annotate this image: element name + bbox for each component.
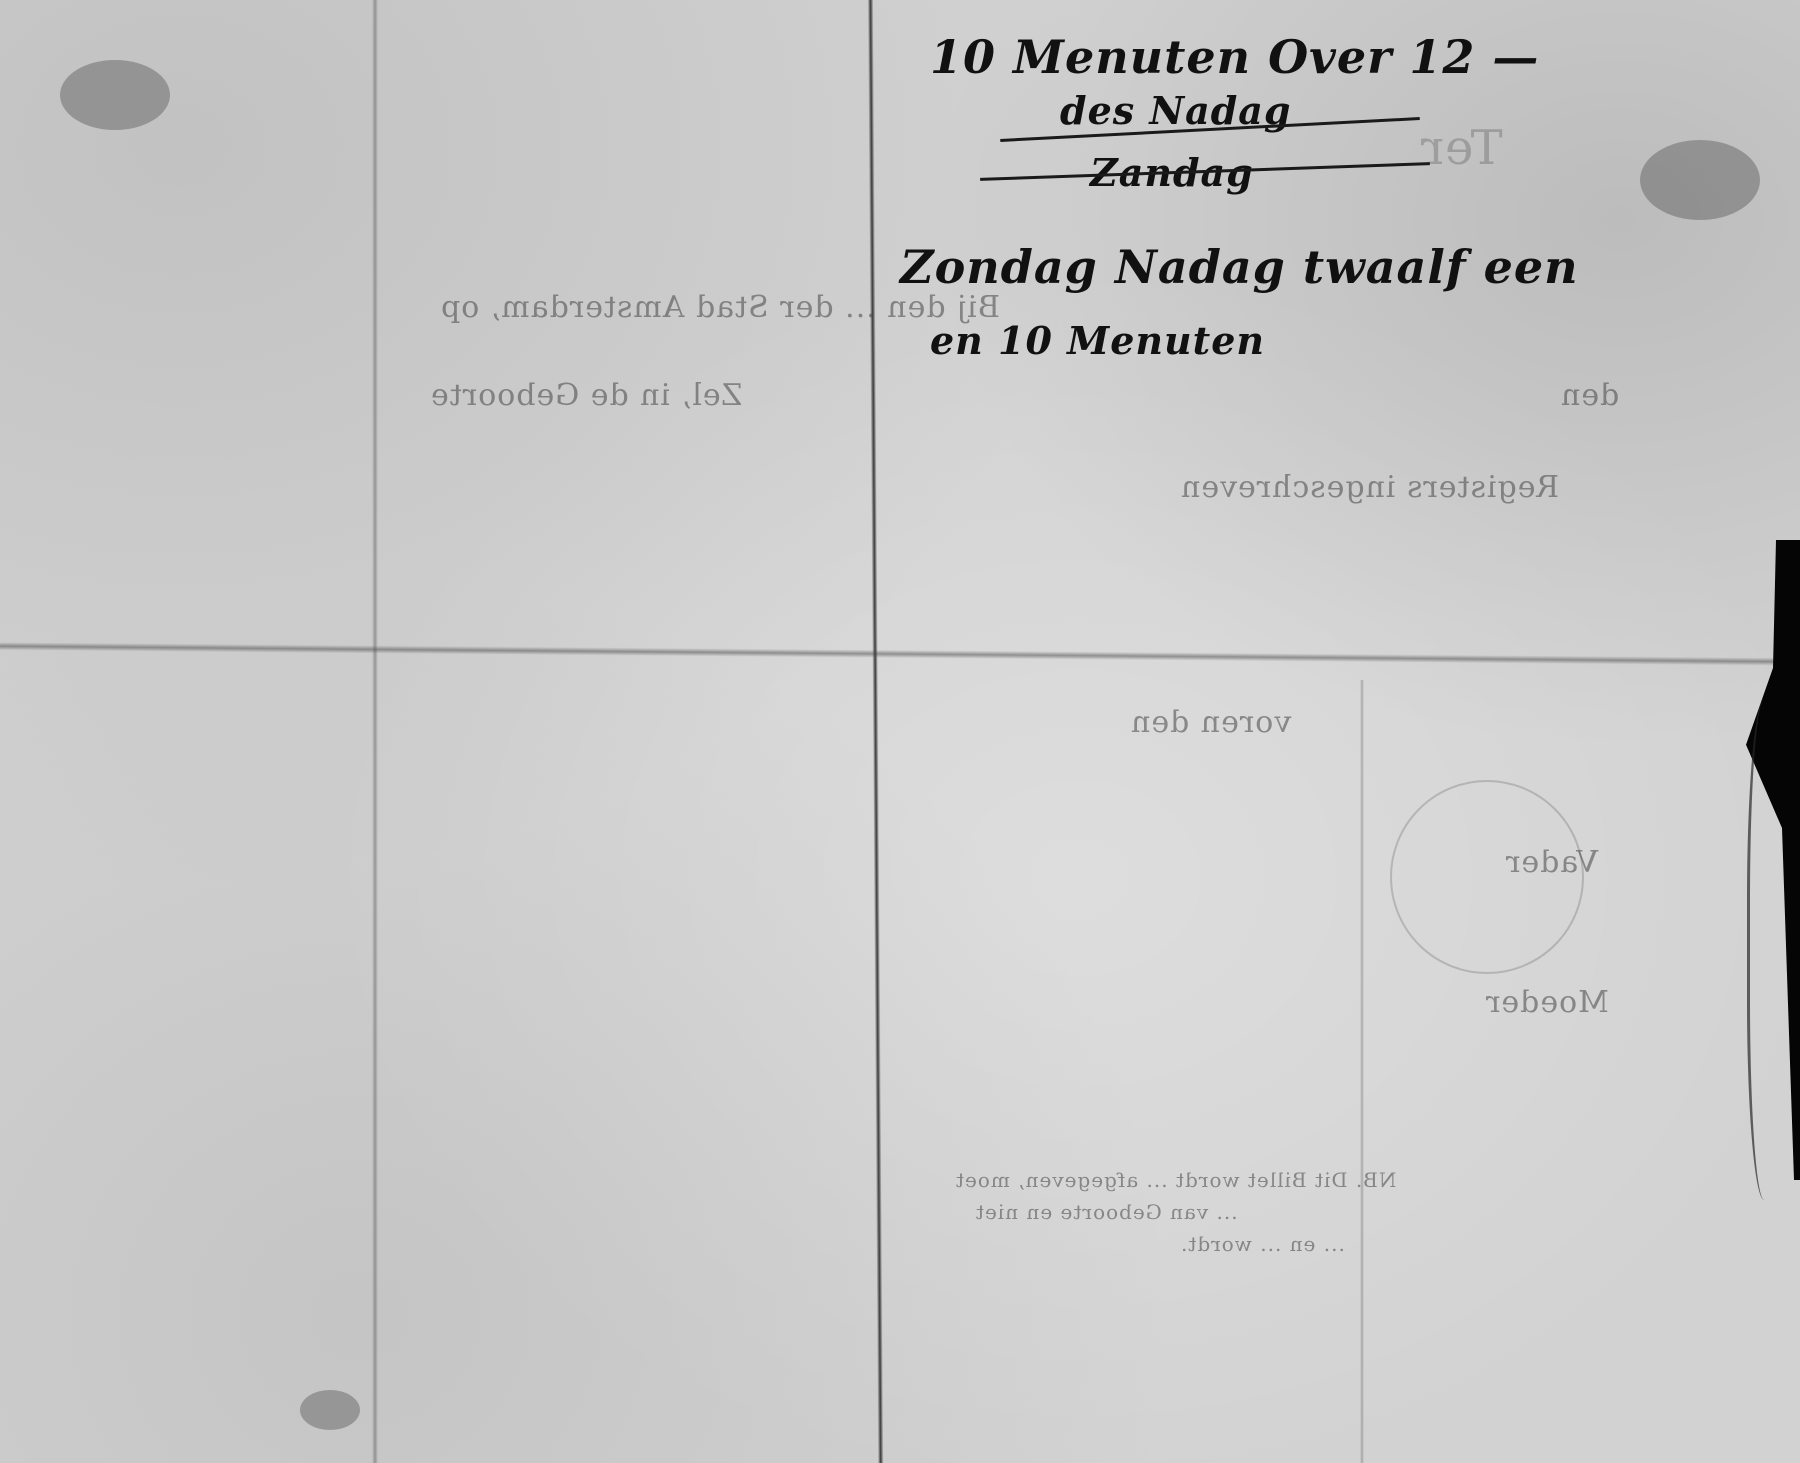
fold-line-vertical-right bbox=[1360, 680, 1364, 1463]
footnote-line-1: NB. Dit Billet wordt ... afgegeven, moet bbox=[955, 1168, 1396, 1192]
handwritten-line-5: en 10 Menuten bbox=[930, 318, 1265, 363]
footnote-line-3: ... en ... wordt. bbox=[1180, 1232, 1345, 1256]
printed-line-4: voren den bbox=[1130, 705, 1291, 740]
paper-curl-edge bbox=[1747, 700, 1790, 1200]
stain bbox=[1640, 140, 1760, 220]
printed-line-3: Registers ingeschreven bbox=[1180, 470, 1559, 505]
label-father: Vader bbox=[1505, 845, 1598, 880]
stain bbox=[60, 60, 170, 130]
handwritten-line-4: Zondag Nadag twaalf een bbox=[900, 240, 1579, 294]
printed-line-2-right: Zel, in de Geboorte bbox=[430, 378, 742, 413]
label-mother: Moeder bbox=[1485, 985, 1609, 1020]
handwritten-line-1: 10 Menuten Over 12 — bbox=[930, 30, 1539, 84]
document-page: Ter Bij den ... der Stad Amsterdam, op d… bbox=[0, 0, 1800, 1463]
fold-line-horizontal bbox=[0, 642, 1800, 666]
printed-line-1: Bij den ... der Stad Amsterdam, op bbox=[440, 290, 1000, 325]
stain bbox=[300, 1390, 360, 1430]
printed-line-2-left: den bbox=[1560, 378, 1619, 413]
fold-line-vertical-center bbox=[868, 0, 883, 1463]
footnote-line-2: ... van Geboorte en niet bbox=[975, 1200, 1238, 1224]
printed-header-fragment: Ter bbox=[1420, 120, 1503, 176]
fold-line-vertical-left bbox=[372, 0, 378, 1463]
